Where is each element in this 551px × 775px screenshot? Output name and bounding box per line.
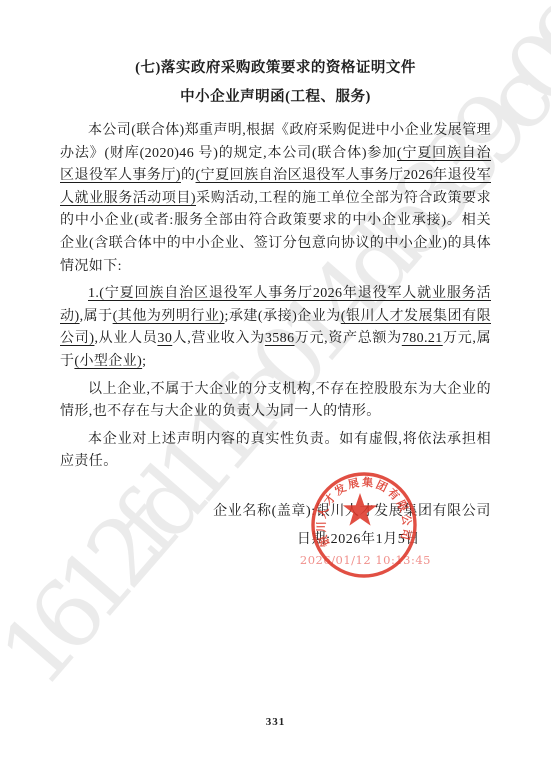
text-run: 本企业对上述声明内容的真实性负责。如有虚假,将依法承担相应责任。 <box>60 432 491 470</box>
seal-star-icon <box>343 493 377 526</box>
text-run: 人,营业收入为 <box>172 331 265 346</box>
text-run: 的 <box>181 168 196 183</box>
document-content: (七)落实政府采购政策要求的资格证明文件 中小企业声明函(工程、服务) 本公司(… <box>0 0 551 775</box>
text-run: ,属于 <box>80 309 113 324</box>
signature-date-line: 日期:2026年1月5日 <box>60 528 491 548</box>
company-seal: 银川人才发展集团有限公司 <box>308 469 420 581</box>
underlined-blank-text: 3586 <box>265 331 295 346</box>
page-number: 331 <box>0 716 551 728</box>
text-run: ;承建(承接)企业为 <box>224 309 340 324</box>
document-subtitle: 中小企业声明函(工程、服务) <box>60 87 491 107</box>
underlined-blank-text: (其他为列明行业) <box>113 309 225 324</box>
signature-timestamp: 2026/01/12 10:13:45 <box>60 553 491 567</box>
underlined-blank-text: 30 <box>157 331 172 346</box>
paragraph: 本企业对上述声明内容的真实性负责。如有虚假,将依法承担相应责任。 <box>60 429 491 474</box>
signature-block: 企业名称(盖章):银川人才发展集团有限公司 日期:2026年1月5日 2026/… <box>60 500 491 567</box>
document-title: (七)落实政府采购政策要求的资格证明文件 <box>60 58 491 78</box>
text-run: 万元,资产总额为 <box>294 331 401 346</box>
text-run: ; <box>142 354 146 369</box>
signature-company-line: 企业名称(盖章):银川人才发展集团有限公司 <box>60 500 491 520</box>
underlined-blank-text: (小型企业) <box>74 354 142 369</box>
paragraph: 1.(宁夏回族自治区退役军人事务厅2026年退役军人就业服务活动),属于(其他为… <box>60 283 491 373</box>
underlined-blank-text: 780.21 <box>402 331 443 346</box>
seal-ring <box>313 474 415 576</box>
paragraph: 以上企业,不属于大企业的分支机构,不存在控股股东为大企业的情形,也不存在与大企业… <box>60 379 491 424</box>
text-run: 以上企业,不属于大企业的分支机构,不存在控股股东为大企业的情形,也不存在与大企业… <box>60 382 491 420</box>
document-body: 本公司(联合体)郑重声明,根据《政府采购促进中小企业发展管理办法》(财库(202… <box>60 120 491 474</box>
paragraph: 本公司(联合体)郑重声明,根据《政府采购促进中小企业发展管理办法》(财库(202… <box>60 120 491 278</box>
text-run: ,从业人员 <box>94 331 157 346</box>
document-page: 1612fd11fc014db339c09d4 (七)落实政府采购政策要求的资格… <box>0 0 551 775</box>
